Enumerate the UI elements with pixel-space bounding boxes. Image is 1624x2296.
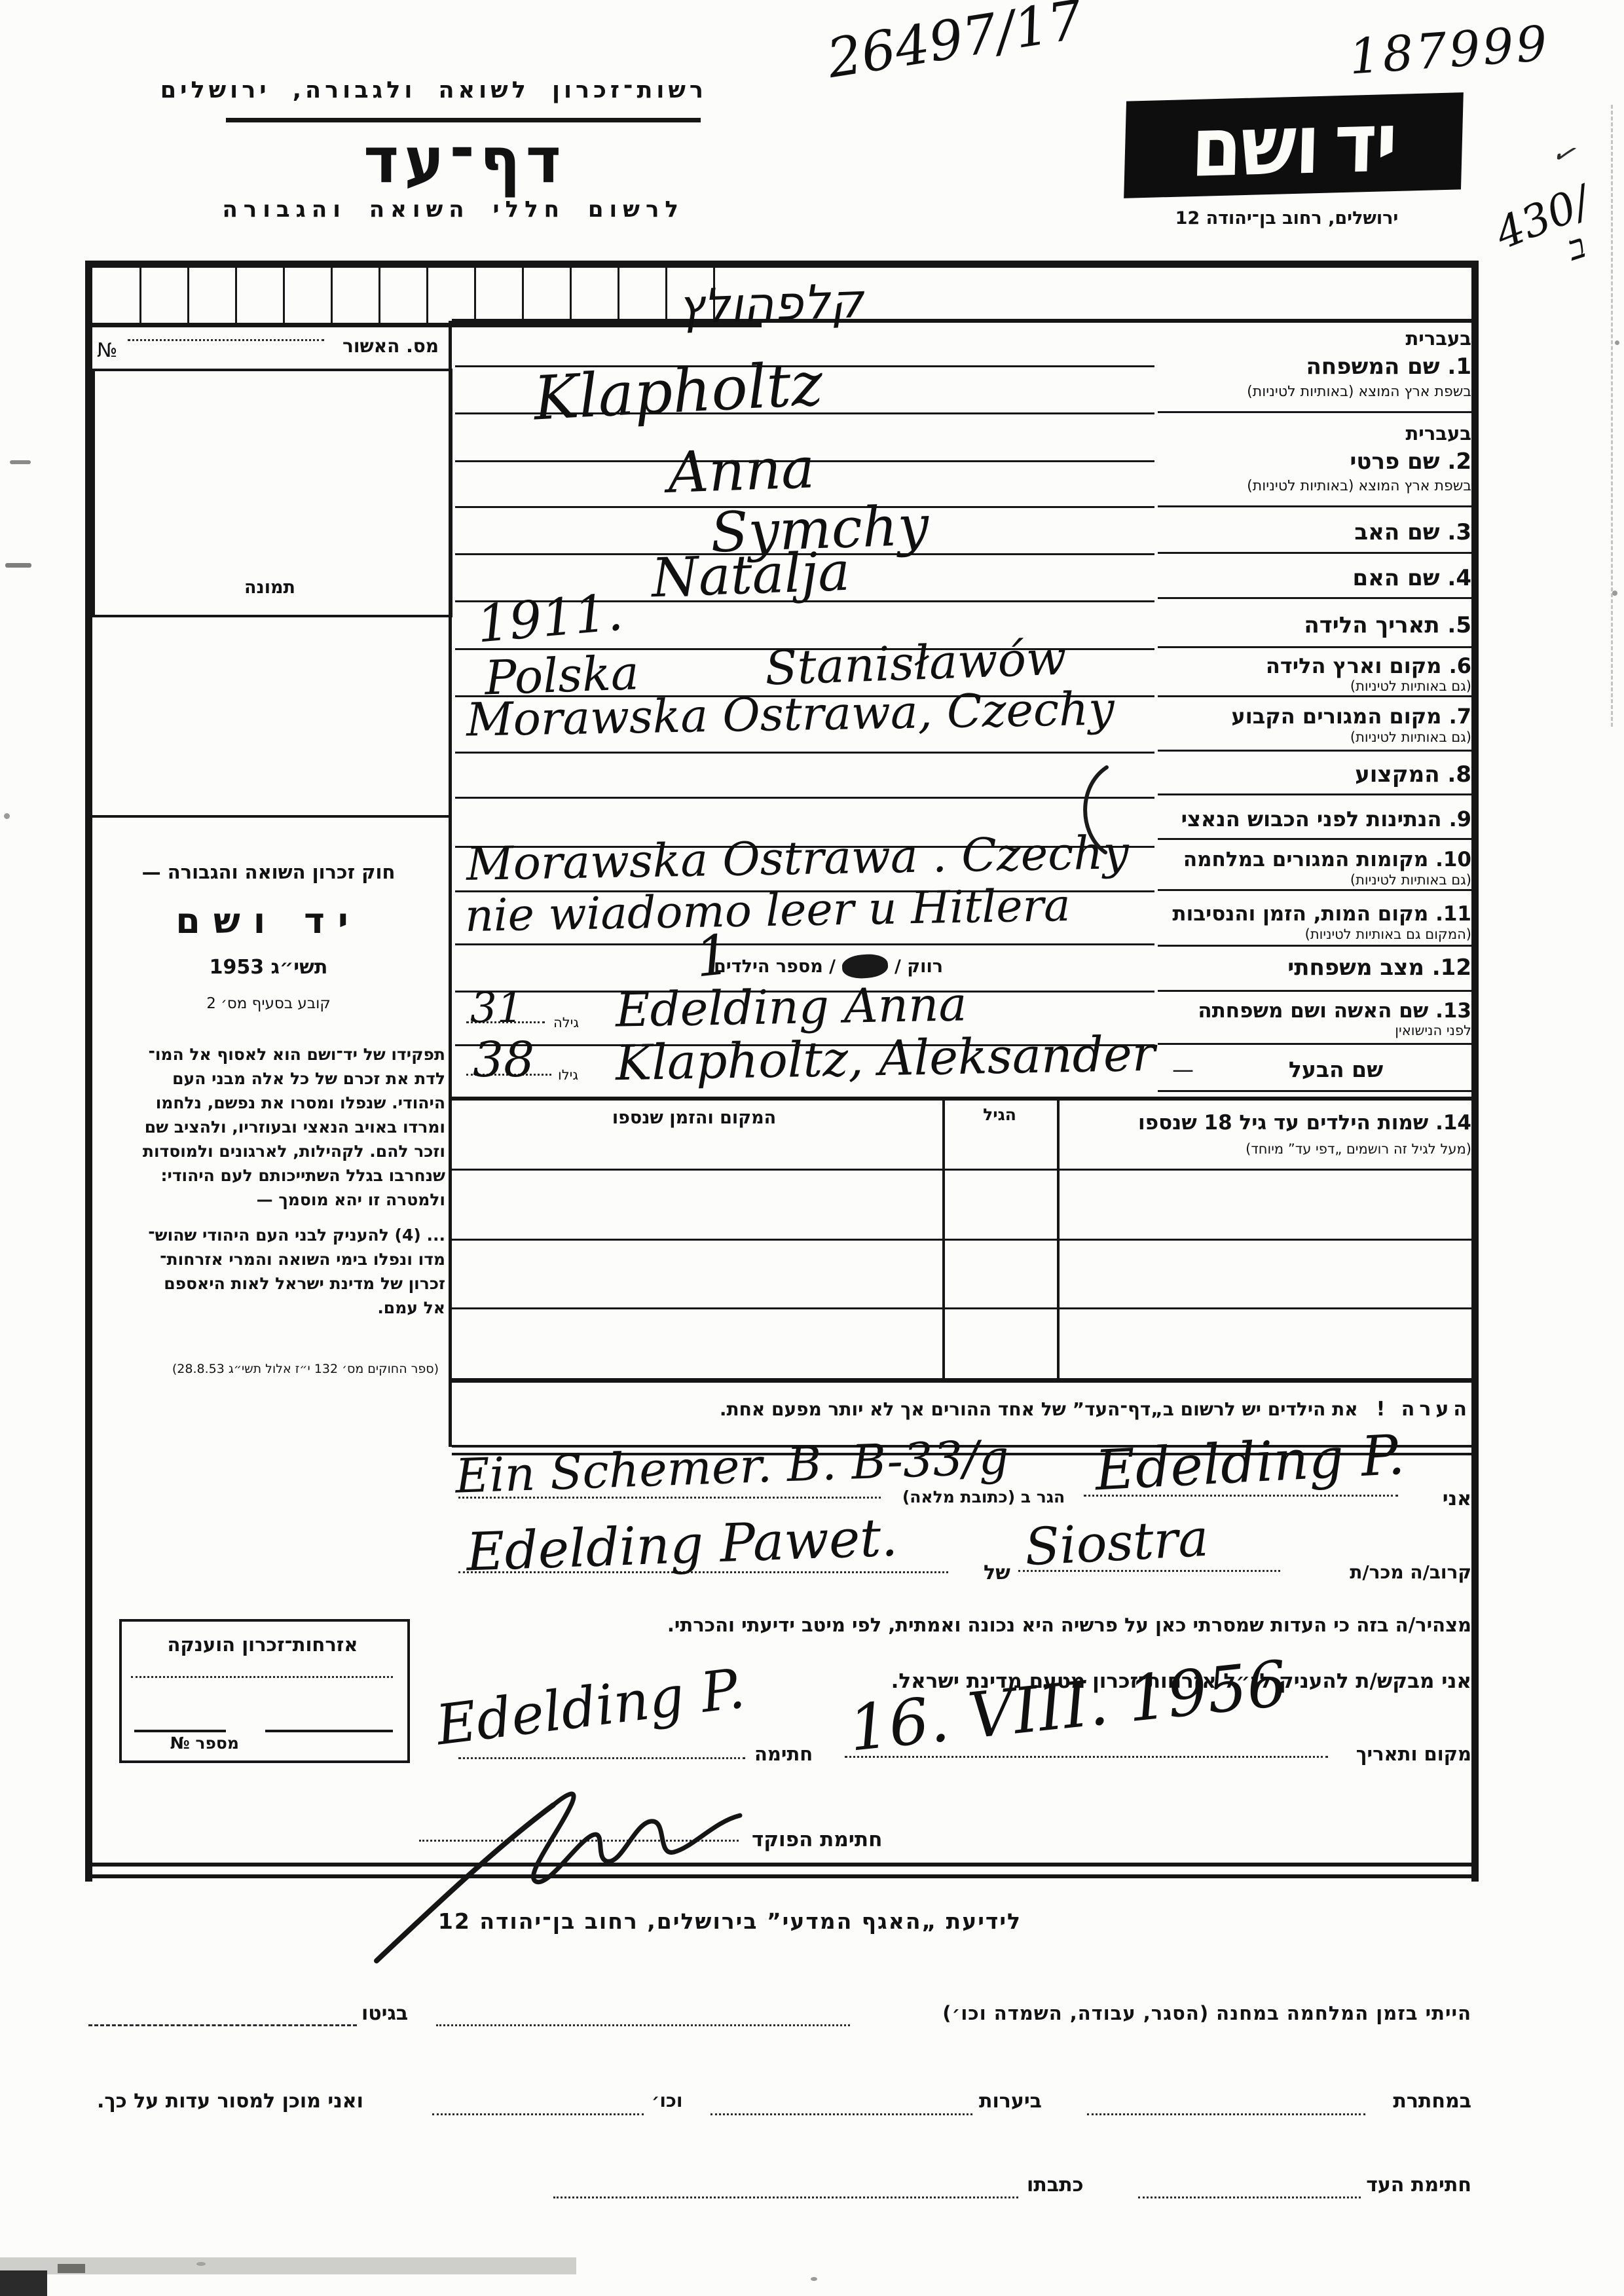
scan-edge-artifact (1611, 105, 1613, 727)
marital-status-printed: רווק / / מספר הילדים (714, 955, 943, 978)
underground-answer-line (1087, 2113, 1365, 2115)
marital-scribble (841, 953, 889, 980)
field2-sublabel: בשפת ארץ המוצא (באותיות לטיניות) (1164, 478, 1471, 494)
date-handwritten: 16. VIII. 1956 (846, 1652, 1290, 1760)
forests-answer-line (710, 2113, 972, 2115)
cell-strip-bottom (88, 323, 762, 327)
children-table-row-rule (452, 1307, 1479, 1309)
citizenship-line (265, 1730, 393, 1732)
husband-dash: — (1172, 1057, 1194, 1082)
note-row: הערה ! את הילדים יש לרשום ב„דף־העד” של א… (648, 1398, 1471, 1421)
testify-statement: ואני מוכן למסור עדות על כך. (97, 2090, 363, 2113)
field1-prefix: בעברית (1164, 327, 1471, 350)
declarant-name-handwritten: Edelding P. (1094, 1427, 1406, 1499)
wartime-residence-handwritten: Morawska Ostrawa . Czechy (466, 829, 1129, 887)
label-rule (1158, 945, 1471, 947)
cell-divider (283, 268, 285, 323)
surname-handwritten: Klapholtz (532, 354, 824, 429)
relation-handwritten: Siostra (1024, 1513, 1209, 1574)
field14-sublabel: (מעל לגיל זה רושמים „דפי עד” מיוחד) (1080, 1141, 1471, 1157)
approval-number-label: מס. האשור (308, 335, 439, 357)
yad-vashem-logo-text: יד ושם (1190, 95, 1397, 196)
label-rule (1158, 646, 1471, 648)
citizenship-number-label: מספר № (134, 1734, 239, 1753)
law-intro: חוק זכרון השואה והגבורה — (92, 861, 445, 883)
frame-left-border (85, 261, 92, 1882)
frame-right-border (1471, 261, 1479, 1882)
mother-name-handwritten: Natalja (651, 545, 851, 606)
field10-label: 10. מקומות המגורים במלחמה (1164, 848, 1471, 871)
law-section: קובע בסעיף מס׳ 2 (92, 995, 445, 1012)
field2-prefix: בעברית (1164, 422, 1471, 445)
cell-divider (139, 268, 141, 323)
law-name: יד ושם (92, 900, 445, 941)
field6-label: 6. מקום וארץ הלידה (1164, 653, 1471, 678)
scan-speck (4, 813, 10, 819)
label-rule (1158, 695, 1471, 697)
children-table-bottom-rule (452, 1378, 1479, 1383)
label-rule (1158, 505, 1471, 507)
etc-label: וכו׳ (652, 2090, 683, 2111)
ghetto-answer-line (88, 2024, 357, 2026)
stray-pen-mark (1067, 761, 1113, 859)
label-rule (1158, 552, 1471, 554)
marital-option-single: רווק / (895, 957, 943, 977)
wife-age-label: גילה (553, 1015, 579, 1030)
children-table-header-rule (452, 1169, 1479, 1171)
bottom-double-rule (85, 1863, 1479, 1867)
scan-smudge (58, 2264, 85, 2273)
etc-answer-line (432, 2113, 644, 2115)
place-date-label: מקום ותאריך (1329, 1743, 1471, 1765)
law-citation: (ספר החוקים מס׳ 132 י״ז אלול תשי״ג 28.8.… (85, 1362, 439, 1376)
scan-speck (10, 460, 31, 464)
death-circumstances-handwritten: nie wiadomo leer u Hitlera (464, 884, 1071, 939)
field4-label: 4. שם האם (1164, 565, 1471, 591)
witness-address-line (553, 2196, 1018, 2198)
cell-divider (426, 268, 428, 323)
scan-speck (1615, 340, 1619, 345)
children-table-column-divider (942, 1101, 945, 1378)
field3-label: 3. שם האב (1164, 519, 1471, 545)
children-table-row-rule (452, 1239, 1479, 1241)
cell-divider (474, 268, 476, 323)
citizenship-line (134, 1730, 226, 1732)
ghetto-label: בגיטו (361, 2002, 408, 2025)
fields-top-rule (452, 319, 1479, 323)
law-paragraph-1: תפקידו של יד־ושם הוא לאסוף אל המו־ לדת א… (95, 1042, 445, 1212)
scan-streak-artifact (0, 2257, 576, 2274)
birth-date-handwritten: 1911. (475, 587, 625, 650)
relative-label: קרוב/ה מכר/ת (1336, 1561, 1471, 1583)
item-number-handwritten: 187999 (1348, 19, 1551, 81)
underground-label: במחתרת (1369, 2090, 1471, 2113)
margin-number-suffix-handwritten: ב (1564, 228, 1590, 266)
first-name-handwritten: Anna (667, 440, 816, 501)
camps-line-label: הייתי בזמן המלחמה במחנה (הסגר, עבודה, הש… (851, 2002, 1471, 2024)
field13-label: 13. שם האשה ושם משפחתה (1164, 999, 1471, 1023)
write-line (455, 797, 1154, 799)
children-col-place-header: המקום והזמן שנספו (498, 1108, 891, 1128)
husband-age-handwritten: 38 (473, 1036, 534, 1084)
field5-label: 5. תאריך הלידה (1164, 612, 1471, 638)
signature-handwritten: Edelding P. (434, 1660, 748, 1753)
testimony-page-scan: רשות־זכרון לשואה ולגבורה, ירושלים דף־עד … (0, 0, 1624, 2296)
approval-number-sign: № (97, 339, 117, 362)
children-count-handwritten: 1 (693, 926, 733, 985)
field14-label: 14. שמות הילדים עד גיל 18 שנספו (1080, 1111, 1471, 1135)
field7-label: 7. מקום המגורים הקבוע (1164, 704, 1471, 729)
label-rule (1158, 1090, 1471, 1092)
wife-name-handwritten: Edelding Anna (615, 980, 967, 1033)
field2-label: 2. שם פרטי (1164, 448, 1471, 475)
husband-name-handwritten: Klapholtz, Aleksander (615, 1030, 1155, 1087)
label-rule (1158, 411, 1471, 413)
declaration-statement: מצהיר/ה בזה כי העדות שמסרתי כאן על פרשיה… (445, 1614, 1471, 1636)
field8-label: 8. המקצוע (1164, 761, 1471, 788)
cell-divider (378, 268, 380, 323)
residence-handwritten: Morawska Ostrawa, Czechy (466, 685, 1115, 742)
cell-divider (235, 268, 237, 323)
label-rule (1158, 793, 1471, 795)
scan-corner-blotch (0, 2270, 47, 2296)
cell-divider (331, 268, 333, 323)
note-text: את הילדים יש לרשום ב„דף־העד” של אחד ההור… (720, 1398, 1358, 1420)
photo-label: תמונה (92, 577, 447, 598)
note-label: הערה ! (1376, 1398, 1471, 1421)
camps-answer-line (436, 2024, 850, 2026)
law-year: תשי״ג 1953 (92, 956, 445, 979)
husband-age-label: גילו (558, 1067, 578, 1083)
witness-signature-label: חתימת העד (1365, 2174, 1471, 2196)
check-mark-handwritten: ✓ (1549, 138, 1578, 170)
field13-sublabel: לפני הנישואין (1164, 1023, 1471, 1038)
form-subtitle: לרשום חללי השואה והגבורה (239, 196, 684, 223)
field7-sublabel: (גם באותיות לטיניות) (1164, 729, 1471, 745)
husband-label: שם הבעל (1244, 1057, 1428, 1082)
of-label: של (984, 1561, 1010, 1584)
write-line (455, 943, 1154, 945)
official-signature (357, 1745, 776, 1967)
header-underline (226, 118, 701, 122)
citizenship-box-title: אזרחות־זכרון הוענקה (122, 1633, 403, 1656)
cell-divider (618, 268, 619, 323)
field1-sublabel: בשפת ארץ המוצא (באותיות לטיניות) (1164, 384, 1471, 400)
label-rule (1158, 750, 1471, 752)
label-rule (1158, 990, 1471, 992)
field11-sublabel: (המקום גם באותיות לטיניות) (1164, 926, 1471, 942)
children-table-column-divider (1057, 1101, 1060, 1378)
related-to-handwritten: Edelding Pawet. (466, 1512, 898, 1579)
registry-number-handwritten: 26497/17 (824, 0, 1086, 86)
field11-label: 11. מקום המות, הזמן והנסיבות (1164, 902, 1471, 926)
scan-speck (5, 563, 31, 568)
field9-label: 9. הנתינות לפני הכבוש הנאצי (1164, 807, 1471, 831)
scan-speck (1612, 591, 1617, 596)
scan-speck (811, 2277, 817, 2281)
authority-line: רשות־זכרון לשואה ולגבורה, ירושלים (223, 77, 707, 103)
wife-age-handwritten: 31 (470, 987, 523, 1029)
witness-signature-line (1138, 2196, 1361, 2198)
witness-address-label: כתבתו (1027, 2174, 1084, 2196)
law-block-top-rule (88, 815, 449, 818)
forests-label: ביערות (979, 2090, 1042, 2113)
bottom-double-rule (85, 1874, 1479, 1878)
frame-top-border (85, 261, 1479, 268)
label-rule (1158, 597, 1471, 599)
citizenship-line (131, 1676, 393, 1678)
logo-address: ירושלים, רחוב בן־יהודה 12 (1116, 208, 1457, 228)
cell-divider (187, 268, 189, 323)
field1-label: 1. שם המשפחה (1164, 354, 1471, 380)
children-table-top-rule (452, 1097, 1479, 1101)
write-line (455, 752, 1154, 754)
cell-divider (570, 268, 572, 323)
label-rule (1158, 838, 1471, 840)
law-paragraph-2: ... (4) להעניק לבני העם היהודי שהוש־ מדו… (95, 1223, 445, 1320)
field6-sublabel: (גם באותיות לטיניות) (1164, 678, 1471, 694)
cell-divider (665, 268, 667, 323)
label-rule (1158, 889, 1471, 891)
field10-sublabel: (גם באותיות לטיניות) (1164, 872, 1471, 888)
yad-vashem-logo: יד ושם (1124, 92, 1464, 198)
cell-divider (522, 268, 524, 323)
form-title: דף־עד (363, 124, 566, 197)
residing-label: הגר ב (כתובת מלאה) (885, 1487, 1082, 1506)
children-col-age-header: הגיל (942, 1105, 1057, 1124)
field12-label: 12. מצב משפחתי (1164, 955, 1471, 981)
bottom-section-title: לידיעת „האגף המדעי” בירושלים, רחוב בן־יה… (498, 1908, 1022, 1934)
surname-hebrew-handwritten: קלפהולץ (677, 277, 864, 331)
declaration-i-label: אני (1408, 1487, 1471, 1510)
label-rule (1158, 1043, 1471, 1045)
approval-number-line (128, 339, 324, 341)
